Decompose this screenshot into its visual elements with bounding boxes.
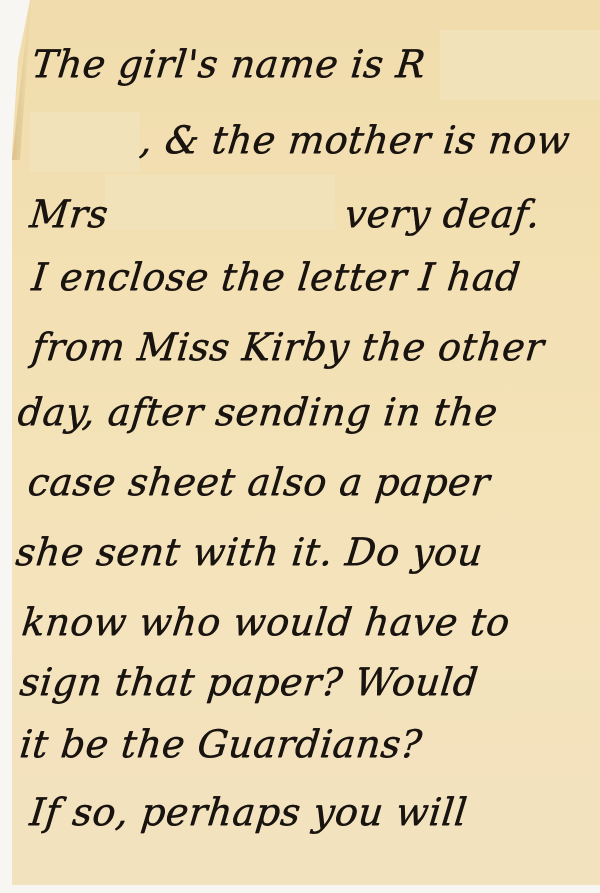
handwritten-line: day, after sending in the (16, 390, 500, 434)
handwritten-line: she sent with it. Do you (14, 530, 485, 574)
handwritten-line: The girl's name is R (30, 42, 428, 86)
handwritten-line: it be the Guardians? (18, 722, 424, 766)
handwritten-line: know who would have to (20, 600, 512, 644)
handwritten-line: sign that paper? Would (18, 660, 481, 704)
handwritten-line: I enclose the letter I had (30, 255, 523, 299)
redacted-name-line2 (30, 112, 140, 172)
redacted-mother-name (105, 175, 335, 230)
handwritten-line: very deaf. (343, 192, 543, 236)
handwritten-line: Mrs (28, 192, 111, 236)
handwritten-line: from Miss Kirby the other (30, 325, 547, 369)
handwritten-line: , & the mother is now (138, 118, 572, 162)
handwritten-line: case sheet also a paper (26, 460, 492, 504)
redacted-surname (440, 30, 600, 100)
handwritten-line: If so, perhaps you will (28, 790, 470, 834)
